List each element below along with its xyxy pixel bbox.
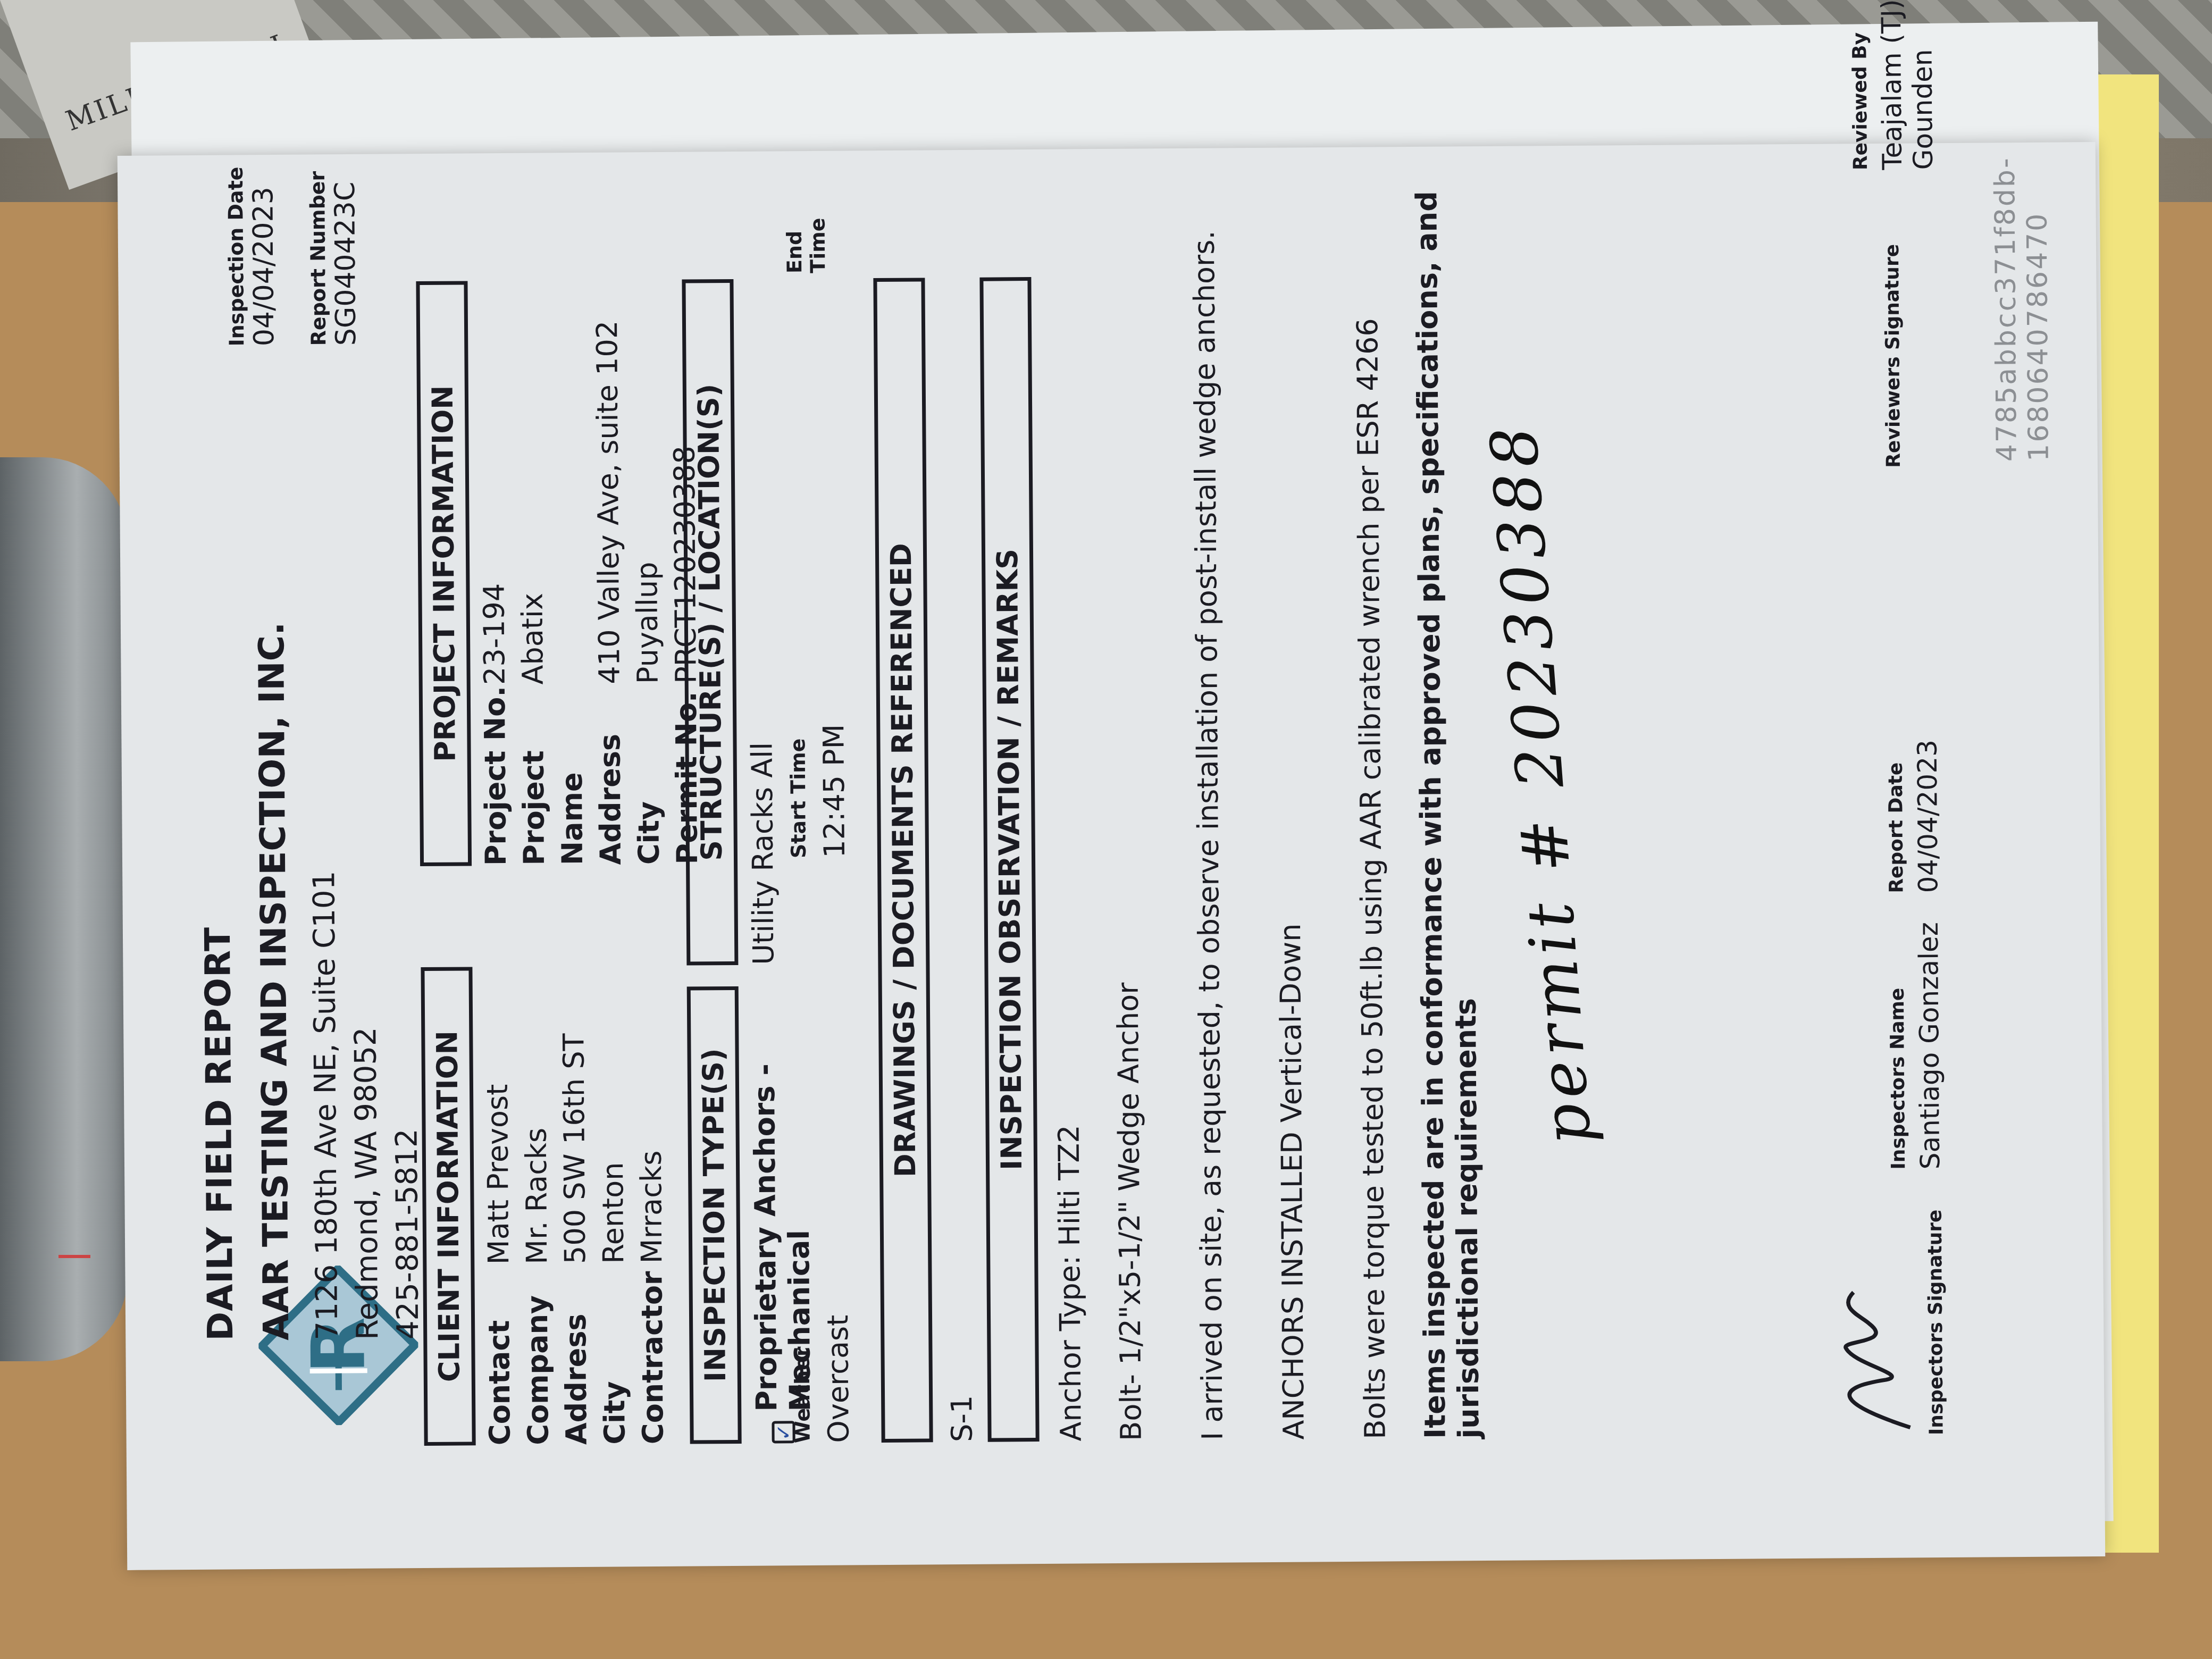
report-sheet: R DAILY FIELD REPORT AAR TESTING AND INS…	[118, 142, 2105, 1570]
client-field-label: Address	[556, 1264, 596, 1445]
report-date: 04/04/2023	[1910, 467, 1944, 893]
structures-heading: STRUCTURE(S) / LOCATION(S)	[682, 279, 738, 966]
remarks-heading: INSPECTION OBSERVATION / REMARKS	[979, 277, 1039, 1442]
reviewer-signature-label: Reviewers Signature	[1881, 170, 1905, 468]
daily-field-report: R DAILY FIELD REPORT AAR TESTING AND INS…	[118, 142, 2105, 1570]
client-information: CLIENT INFORMATION ContactMatt PrevostCo…	[421, 966, 672, 1446]
inspector-signature-label: Inspectors Signature	[1924, 1169, 1947, 1435]
project-field-label: City	[629, 684, 668, 865]
client-field-label: City	[594, 1263, 634, 1444]
project-information: PROJECT INFORMATION Project No.23-194Pro…	[416, 279, 707, 866]
reviewed-by: Teajalam (TJ) Gounden	[1875, 0, 1939, 170]
drawings-heading: DRAWINGS / DOCUMENTS REFERENCED	[873, 278, 933, 1443]
client-field-label: Company	[518, 1264, 557, 1445]
structures-value: Utility Racks All	[742, 279, 780, 965]
pad-margin-line	[58, 1255, 90, 1258]
client-field-value: Mr. Racks	[516, 966, 556, 1264]
client-field-value: 500 SW 16th ST	[554, 966, 594, 1264]
project-field-value: Puyallup	[626, 280, 667, 684]
company-name: AAR TESTING AND INSPECTION, INC.	[251, 622, 297, 1341]
inspector-signature-icon	[1816, 1276, 1924, 1436]
project-field-label: Address	[591, 684, 630, 865]
remark-line: Bolt- 1/2"x5-1/2" Wedge Anchor	[1105, 165, 1148, 1441]
remark-line: Bolts were torque tested to 50ft.lb usin…	[1350, 163, 1392, 1439]
project-field-value: Abatix	[511, 280, 590, 685]
conditions-row: Weather Overcast Start Time 12:45 PM End…	[783, 273, 855, 1443]
report-date-label: Report Date	[1883, 468, 1908, 893]
inspection-types-heading: INSPECTION TYPE(S)	[687, 986, 742, 1444]
client-field-value: Renton	[592, 966, 633, 1263]
signoff-section: Inspectors Signature Inspectors Name San…	[1808, 106, 1947, 1436]
client-information-heading: CLIENT INFORMATION	[421, 967, 475, 1446]
project-field-label: Project No.	[476, 685, 515, 866]
remark-line: ANCHORS INSTALLED Vertical-Down	[1268, 163, 1311, 1439]
company-address-line1: 7126 180th Ave NE, Suite C101	[303, 622, 348, 1340]
weather-label: Weather	[787, 858, 815, 1443]
remarks-body: Anchor Type: Hilti TZ2 Bolt- 1/2"x5-1/2"…	[1045, 162, 1534, 1442]
reviewed-by-label: Reviewed By	[1848, 0, 1872, 170]
remark-line: Anchor Type: Hilti TZ2	[1045, 165, 1088, 1441]
remark-line: I arrived on site, as requested, to obse…	[1187, 164, 1229, 1440]
report-header: DAILY FIELD REPORT AAR TESTING AND INSPE…	[195, 621, 429, 1341]
project-field-value: 23-194	[473, 281, 514, 685]
inspector-name-label: Inspectors Name	[1886, 893, 1910, 1170]
project-information-heading: PROJECT INFORMATION	[416, 281, 472, 866]
end-time-label: End Time	[783, 217, 830, 273]
conformance-statement: Items inspected are in conformance with …	[1410, 162, 1486, 1439]
end-time-value	[837, 217, 837, 273]
inspector-name: Santiago Gonzalez	[1913, 893, 1946, 1169]
document-hash: 4785abbcc371f8db-1680640786470	[1989, 143, 2055, 462]
project-field-label: Project Name	[514, 684, 592, 866]
report-title: DAILY FIELD REPORT	[195, 622, 241, 1341]
client-field-value: Mrracks	[631, 966, 671, 1263]
project-field-value: 410 Valley Ave, suite 102	[588, 280, 629, 684]
metal-plate	[0, 457, 128, 1361]
structures-locations: STRUCTURE(S) / LOCATION(S) Utility Racks…	[682, 279, 780, 965]
client-field-label: Contact	[480, 1264, 519, 1445]
start-time-value: 12:45 PM	[814, 273, 851, 858]
company-address-line2: Redmond, WA 98052	[343, 621, 388, 1340]
client-field-value: Matt Prevost	[477, 967, 518, 1264]
drawings-value: S-1	[945, 1395, 979, 1443]
client-field-label: Contractor	[633, 1263, 672, 1444]
start-time-label: Start Time	[783, 273, 810, 858]
weather-value: Overcast	[818, 858, 856, 1443]
